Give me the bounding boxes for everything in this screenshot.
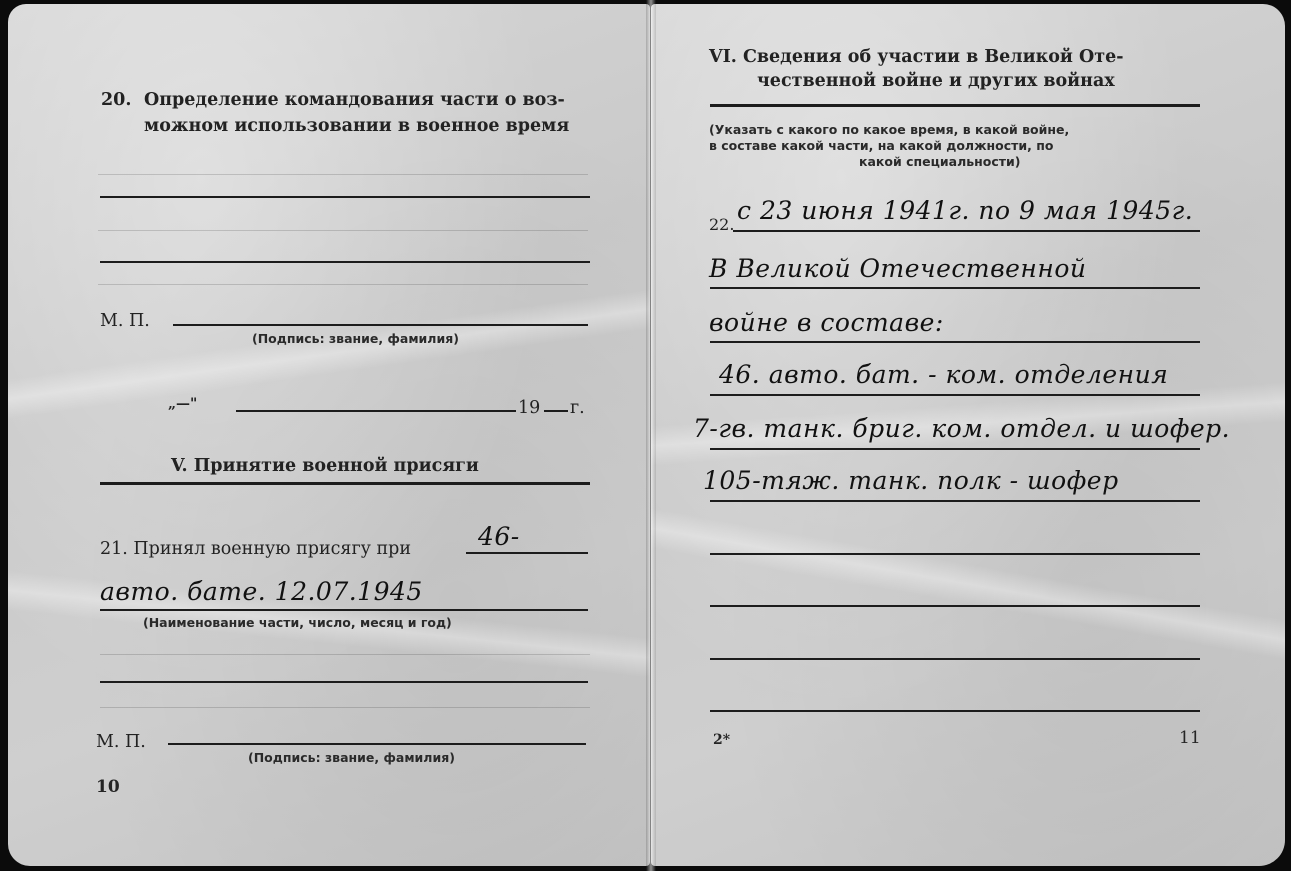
entry-line: [710, 394, 1200, 396]
faint-ruling: [98, 230, 588, 231]
paper-fold: [8, 289, 650, 419]
entry-line: [710, 341, 1200, 343]
section-vi-title-line-1: VI. Сведения об участии в Великой Оте-: [709, 47, 1123, 67]
faint-ruling: [100, 654, 590, 655]
entry-line: [710, 448, 1200, 450]
blank-line: [100, 681, 588, 683]
instructions-line-2: в составе какой части, на какой должност…: [709, 138, 1053, 153]
left-page: 20. Определение командования части о воз…: [8, 4, 650, 866]
handwritten-oath-entry: авто. бате. 12.07.1945: [100, 577, 423, 606]
year-prefix: 19: [518, 398, 540, 418]
section-divider: [100, 482, 590, 485]
section-v-title: V. Принятие военной присяги: [171, 456, 479, 476]
page-number: 10: [96, 777, 120, 797]
section-divider: [710, 104, 1200, 107]
handwritten-line-5: 7-гв. танк. бриг. ком. отдел. и шофер.: [693, 414, 1230, 443]
stamp-label: М. П.: [100, 311, 150, 331]
paper-fold: [651, 508, 1285, 660]
blank-line: [710, 710, 1200, 712]
item-20-number: 20.: [101, 90, 131, 110]
signature-caption: (Подпись: звание, фамилия): [248, 750, 455, 765]
instructions-line-3: какой специальности): [859, 154, 1021, 169]
faint-ruling: [98, 284, 588, 285]
entry-line: [710, 287, 1200, 289]
blank-line: [710, 658, 1200, 660]
handwritten-line-1: с 23 июня 1941г. по 9 мая 1945г.: [737, 196, 1193, 225]
handwritten-line-2: В Великой Отечественной: [709, 254, 1087, 283]
signature-line: [168, 743, 586, 745]
faint-ruling: [98, 174, 588, 175]
handwritten-line-6: 105-тяж. танк. полк - шофер: [703, 466, 1119, 495]
date-quote: „—": [168, 396, 197, 412]
item-21-label: 21. Принял военную присягу при: [100, 539, 411, 559]
blank-line: [100, 196, 590, 198]
year-suffix: г.: [570, 398, 585, 418]
right-page: VI. Сведения об участии в Великой Оте- ч…: [651, 4, 1285, 866]
year-line: [544, 410, 568, 412]
blank-line: [710, 553, 1200, 555]
handwritten-unit: 46-: [478, 522, 520, 551]
oath-line: [466, 552, 588, 554]
book-spine-crease: [646, 0, 656, 871]
entry-line: [710, 500, 1200, 502]
handwritten-line-4: 46. авто. бат. - ком. отделения: [719, 360, 1168, 389]
stamp-label: М. П.: [96, 732, 146, 752]
blank-line: [710, 605, 1200, 607]
signature-caption: (Подпись: звание, фамилия): [252, 331, 459, 346]
faint-ruling: [100, 707, 590, 708]
handwritten-line-3: войне в составе:: [709, 308, 944, 337]
signature-line: [173, 324, 588, 326]
section-vi-title-line-2: чественной войне и других войнах: [757, 71, 1115, 91]
instructions-line-1: (Указать с какого по какое время, в како…: [709, 122, 1069, 137]
item-22-number: 22.: [709, 215, 734, 234]
signature-mark: 2*: [713, 732, 730, 748]
page-number: 11: [1179, 728, 1201, 748]
entry-line: [733, 230, 1200, 232]
blank-line: [100, 261, 590, 263]
oath-line: [100, 609, 588, 611]
item-20-line-1: Определение командования части о воз-: [144, 90, 565, 110]
oath-caption: (Наименование части, число, месяц и год): [143, 615, 452, 630]
date-line: [236, 410, 516, 412]
item-20-line-2: можном использовании в военное время: [144, 116, 569, 136]
